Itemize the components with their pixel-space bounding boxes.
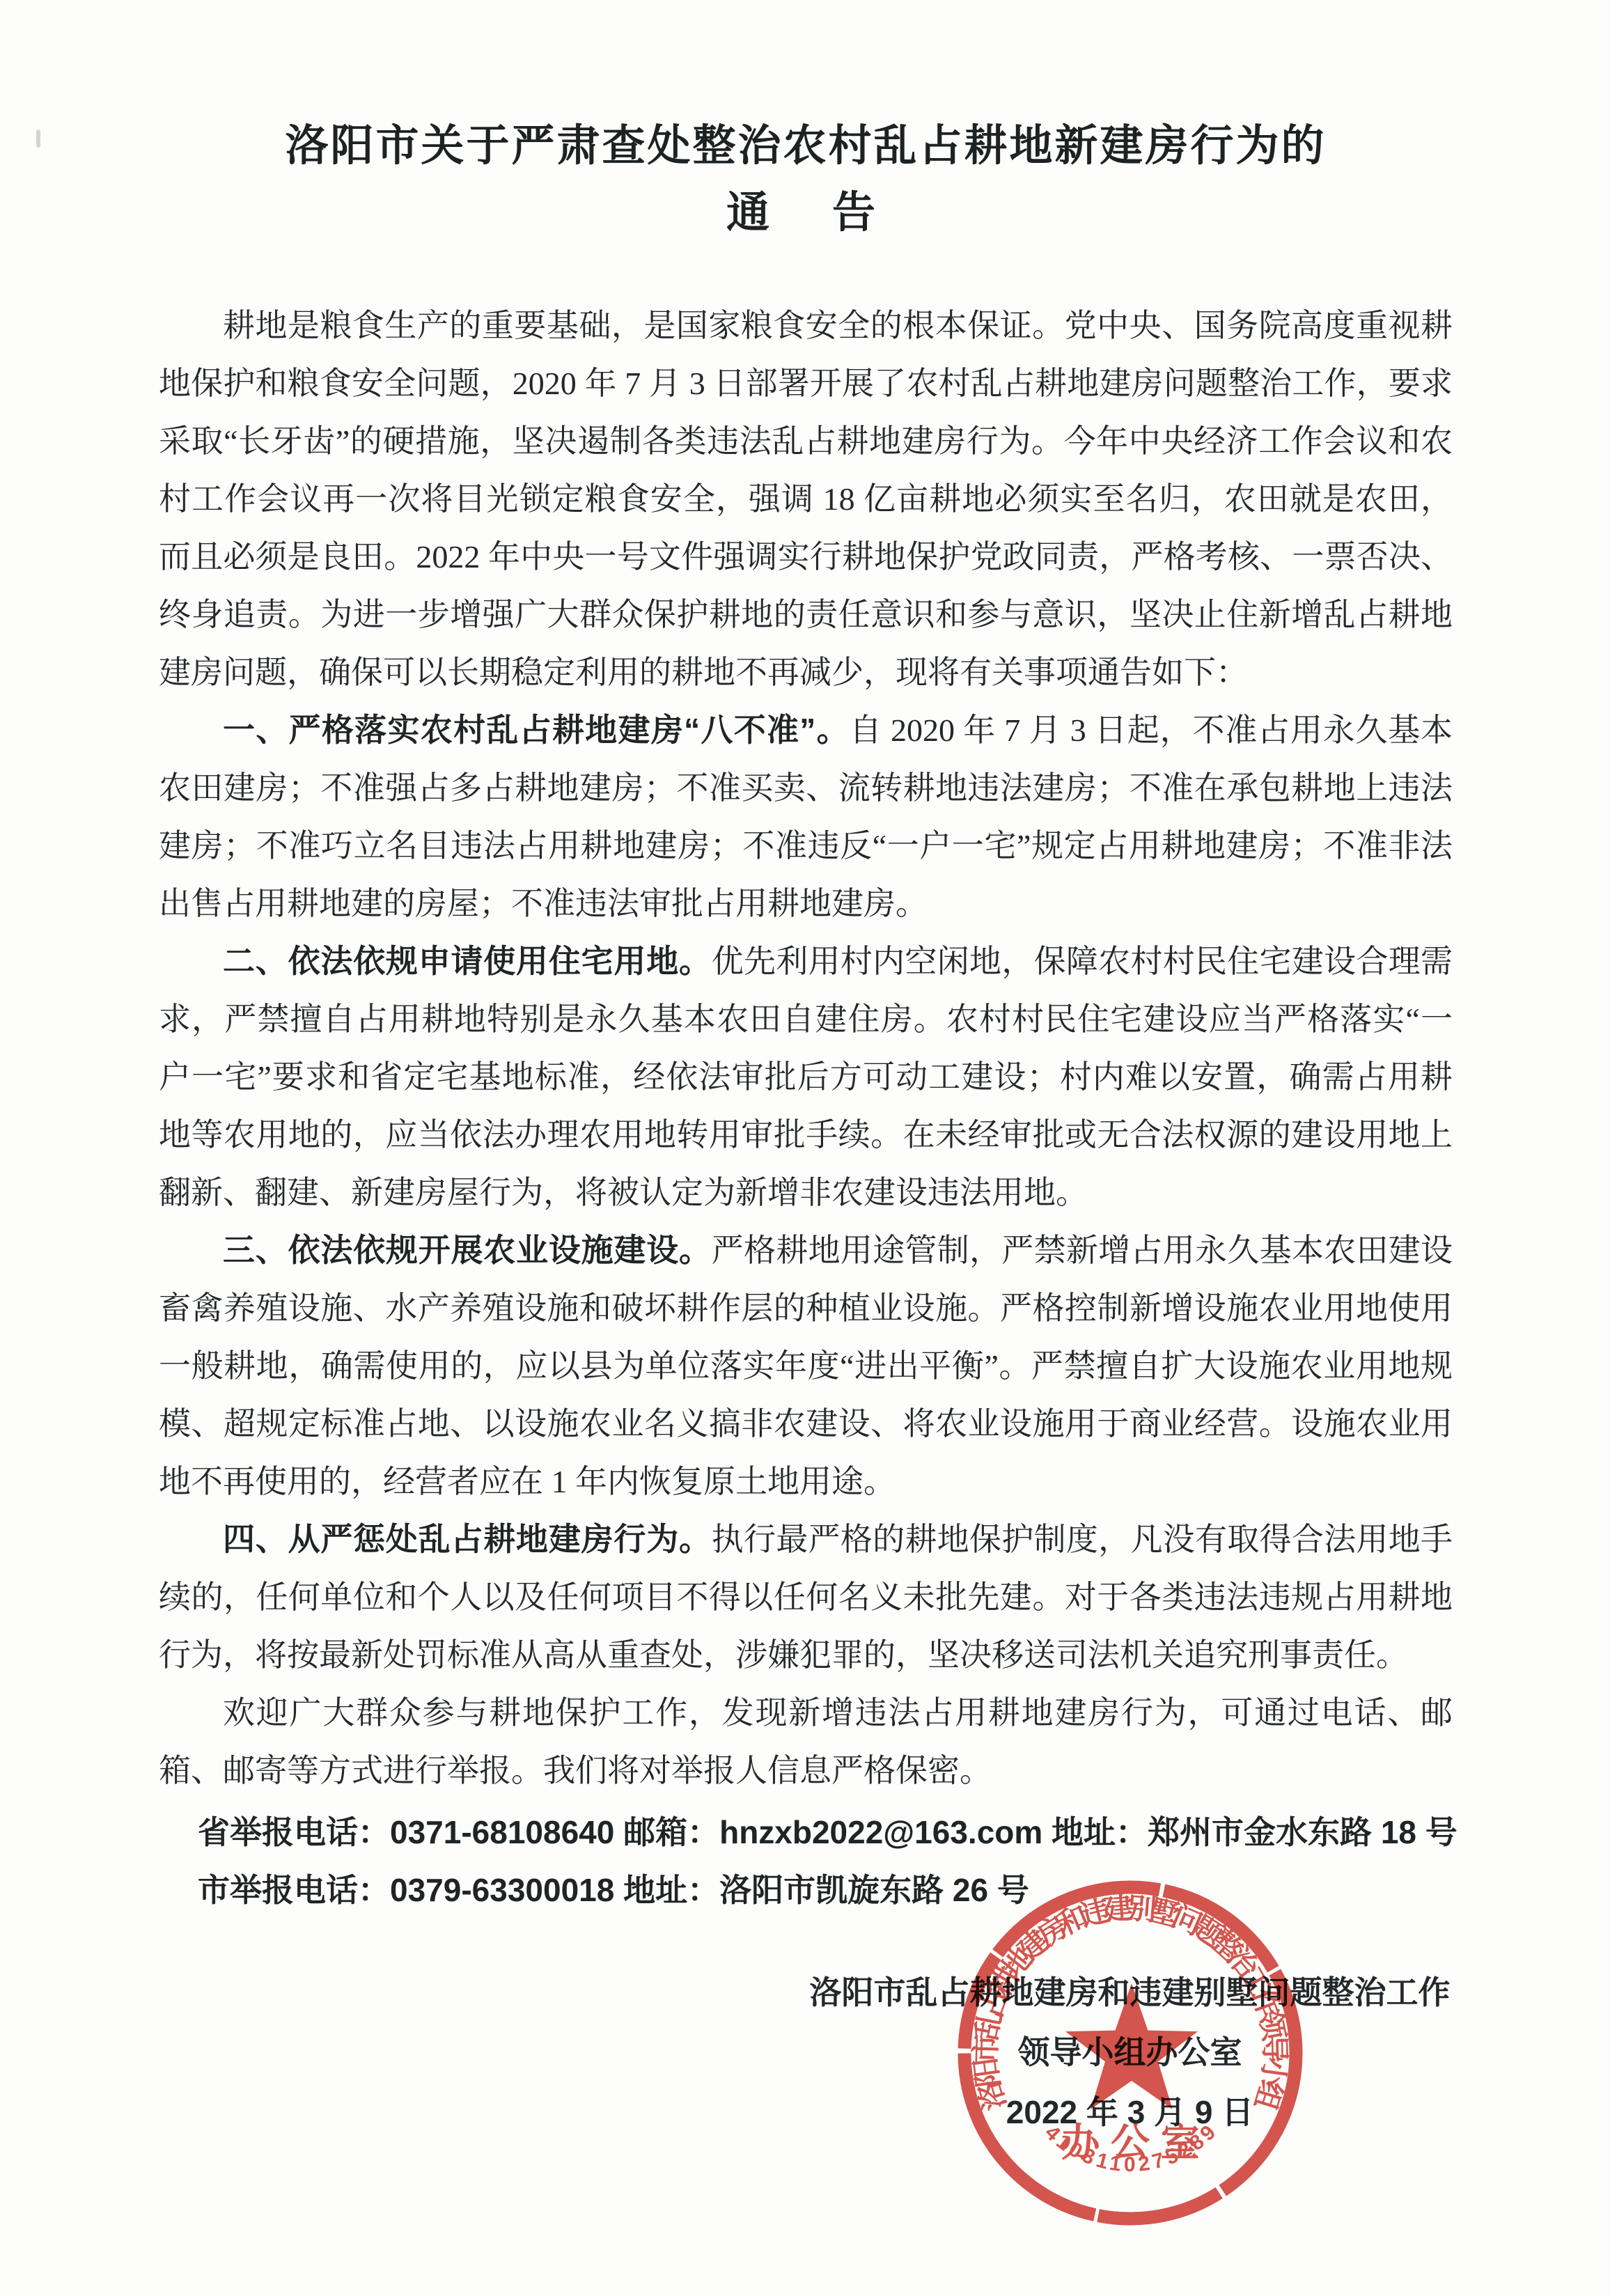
official-seal-graphic: 洛阳市乱占耕地建房和违建别墅问题整治工作领导小组 办 公 室 410311027… <box>939 1864 1321 2245</box>
paragraph-text: 欢迎广大群众参与耕地保护工作，发现新增违法占用耕地建房行为，可通过电话、邮箱、邮… <box>159 1695 1453 1788</box>
paragraph-text: 严格耕地用途管制，严禁新增占用永久基本农田建设畜禽养殖设施、水产养殖设施和破坏耕… <box>159 1233 1453 1499</box>
paragraph-section-3: 三、依法依规开展农业设施建设。严格耕地用途管制，严禁新增占用永久基本农田建设畜禽… <box>159 1221 1453 1510</box>
section-1-lead: 一、严格落实农村乱占耕地建房“八不准”。 <box>223 712 850 748</box>
section-4-lead: 四、从严惩处乱占耕地建房行为。 <box>223 1521 712 1557</box>
paragraph-text: 耕地是粮食生产的重要基础，是国家粮食安全的根本保证。党中央、国务院高度重视耕地保… <box>159 308 1453 690</box>
province-report-hotline: 省举报电话：0371-68108640 邮箱：hnzxb2022@163.com… <box>159 1804 1453 1861</box>
section-2-lead: 二、依法依规申请使用住宅用地。 <box>223 943 712 979</box>
paragraph-closing: 欢迎广大群众参与耕地保护工作，发现新增违法占用耕地建房行为，可通过电话、邮箱、邮… <box>159 1684 1453 1799</box>
document-content: 洛阳市关于严肃查处整治农村乱占耕地新建房行为的 通 告 耕地是粮食生产的重要基础… <box>159 118 1453 1919</box>
document-title: 洛阳市关于严肃查处整治农村乱占耕地新建房行为的 <box>159 118 1453 174</box>
paragraph-intro: 耕地是粮食生产的重要基础，是国家粮食安全的根本保证。党中央、国务院高度重视耕地保… <box>159 297 1453 701</box>
document-body: 耕地是粮食生产的重要基础，是国家粮食安全的根本保证。党中央、国务院高度重视耕地保… <box>159 297 1453 1799</box>
paragraph-section-4: 四、从严惩处乱占耕地建房行为。执行最严格的耕地保护制度，凡没有取得合法用地手续的… <box>159 1510 1453 1684</box>
notice-document-page: 洛阳市关于严肃查处整治农村乱占耕地新建房行为的 通 告 耕地是粮食生产的重要基础… <box>0 0 1610 2296</box>
paragraph-section-2: 二、依法依规申请使用住宅用地。优先利用村内空闲地，保障农村村民住宅建设合理需求，… <box>159 932 1453 1221</box>
official-seal: 洛阳市乱占耕地建房和违建别墅问题整治工作领导小组 办 公 室 410311027… <box>939 1864 1321 2245</box>
section-3-lead: 三、依法依规开展农业设施建设。 <box>223 1232 712 1268</box>
star-icon <box>1065 1983 1198 2109</box>
scan-artifact <box>36 130 40 148</box>
paragraph-text: 优先利用村内空闲地，保障农村村民住宅建设合理需求，严禁擅自占用耕地特别是永久基本… <box>159 944 1453 1210</box>
document-type-label: 通 告 <box>159 185 1453 241</box>
paragraph-section-1: 一、严格落实农村乱占耕地建房“八不准”。自 2020 年 7 月 3 日起，不准… <box>159 701 1453 932</box>
